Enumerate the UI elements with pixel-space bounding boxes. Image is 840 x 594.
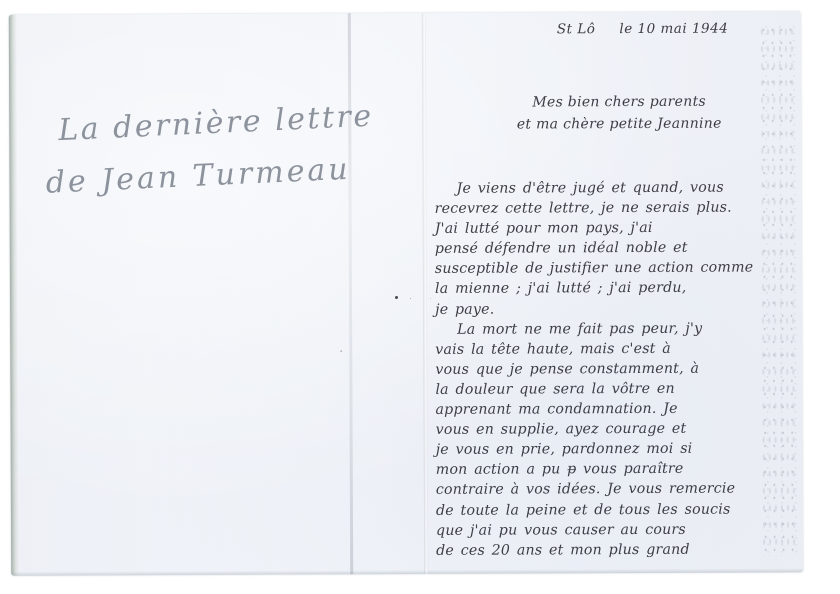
letter-body-line: J'ai lutté pour mon pays, j'ai — [435, 218, 791, 240]
salutation-line: Mes bien chers parents — [507, 91, 731, 114]
letter-body-line: apprenant ma condamnation. Je — [435, 398, 791, 420]
salutation-line: et ma chère petite Jeannine — [507, 113, 731, 136]
letter-body-line: je vous en prie, pardonnez moi si — [436, 439, 792, 461]
letter-body-line: que j'ai pu vous causer au cours — [436, 519, 792, 541]
dateline-place: St Lô — [557, 21, 596, 37]
right-page: St Lô le 10 mai 1944 Mes bien chers pare… — [414, 11, 796, 574]
dust-speck — [340, 350, 342, 352]
letter-paper: La dernière lettre de Jean Turmeau St Lô… — [9, 11, 803, 575]
letter-body-line: mon action a pu p̶ vous paraître — [436, 459, 792, 481]
letter-body-line: vous que je pense constamment, à — [435, 358, 791, 380]
letter-body-line: de toute la peine et de tous les soucis — [436, 499, 792, 521]
letter-body: Je viens d'être jugé et quand, vous rece… — [435, 177, 793, 560]
letter-body-line: La mort ne me fait pas peur, j'y — [435, 318, 791, 340]
letter-body-line: vais la tête haute, mais c'est à — [435, 338, 791, 360]
pencil-inscription-line: de Jean Turmeau — [45, 151, 377, 201]
paper-left-edge-shadow — [9, 15, 19, 576]
ink-speck — [395, 296, 398, 299]
dateline-date: le 10 mai 1944 — [619, 21, 728, 37]
letter-body-line: contraire à vos idées. Je vous remercie — [436, 479, 792, 501]
salutation: Mes bien chers parents et ma chère petit… — [507, 91, 731, 136]
dateline: St Lô le 10 mai 1944 — [557, 21, 729, 38]
pencil-inscription: La dernière lettre de Jean Turmeau — [58, 99, 377, 200]
letter-body-line: recevrez cette lettre, je ne serais plus… — [435, 197, 791, 219]
letter-body-line: pensé défendre un idéal noble et — [435, 238, 791, 260]
letter-body-line: Je viens d'être jugé et quand, vous — [435, 177, 791, 199]
letter-body-line: la douleur que sera la vôtre en — [435, 378, 791, 400]
scanned-letter: La dernière lettre de Jean Turmeau St Lô… — [0, 0, 840, 594]
fold-crease-center — [348, 13, 353, 574]
letter-body-line: je paye. — [435, 298, 791, 320]
letter-body-line: de ces 20 ans et mon plus grand — [436, 539, 792, 561]
pencil-inscription-line: La dernière lettre — [58, 99, 375, 149]
letter-body-line: susceptible de justifier une action comm… — [435, 258, 791, 280]
letter-body-line: vous en supplie, ayez courage et — [436, 418, 792, 440]
letter-body-line: la mienne ; j'ai lutté ; j'ai perdu, — [435, 278, 791, 300]
